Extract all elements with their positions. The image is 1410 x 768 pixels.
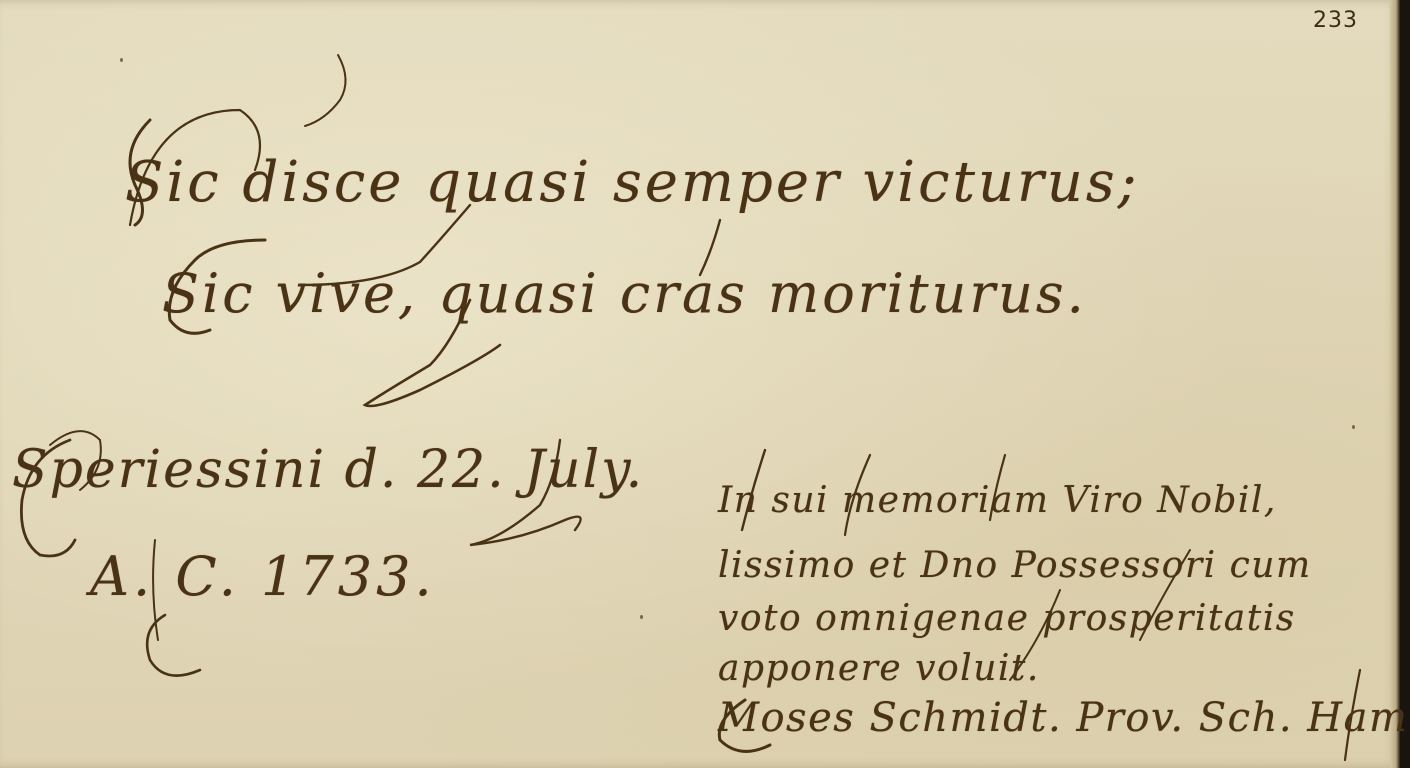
dedication-line-1: In sui memoriam Viro Nobil, — [718, 480, 1277, 521]
place-date: Speriessini d. 22. July. — [12, 440, 644, 500]
dedication-line-3: voto omnigenae prosperitatis — [718, 598, 1296, 639]
paper-speck — [120, 58, 123, 62]
year: A. C. 1733. — [90, 545, 436, 608]
manuscript-page: 233 Sic disce quasi semper victurus; Sic… — [0, 0, 1400, 768]
ink-flourishes — [0, 0, 1400, 768]
paper-speck — [640, 615, 643, 619]
dedication-line-4: apponere voluit. — [718, 648, 1040, 689]
page-number: 233 — [1313, 8, 1358, 33]
dedication-line-2: lissimo et Dno Possessori cum — [718, 545, 1312, 586]
page-edge-shadow — [1390, 0, 1400, 768]
signature: Moses Schmidt. Prov. Sch. Hamburg. — [718, 695, 1410, 741]
paper-speck — [1352, 425, 1355, 429]
motto-line-2: Sic vive, quasi cras moriturus. — [162, 262, 1087, 325]
motto-line-1: Sic disce quasi semper victurus; — [125, 150, 1139, 215]
